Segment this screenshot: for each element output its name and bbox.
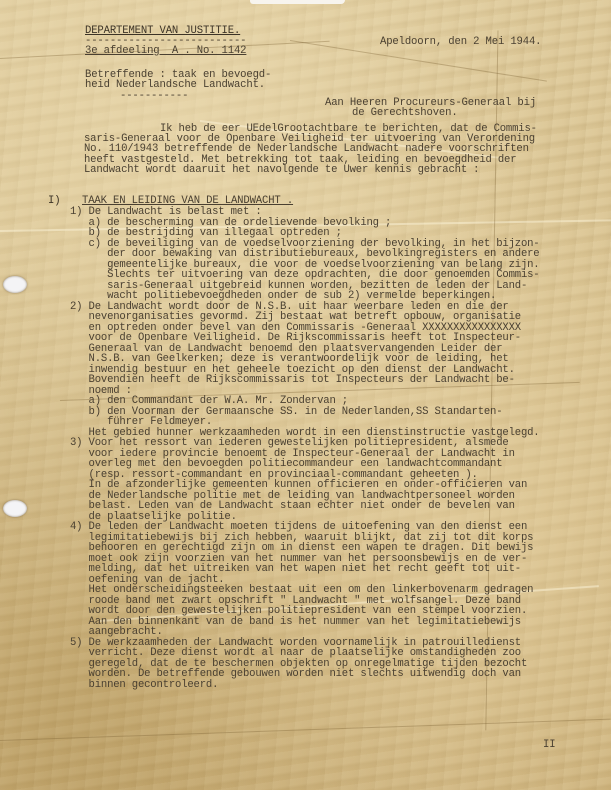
punch-hole-top (3, 276, 27, 293)
intro-line: Landwacht wordt daaruit het navolgende t… (84, 165, 479, 176)
crease (0, 719, 611, 741)
division-reference: 3e afdeeling A . No. 1142 (85, 46, 246, 57)
body-line: binnen gecontroleerd. (70, 680, 218, 691)
page-marker: II (543, 740, 555, 751)
section-number: I) (48, 196, 60, 207)
torn-edge (250, 0, 345, 4)
punch-hole-bottom (3, 500, 27, 517)
body-line: Bovendien heeft de Rijkscommissaris tot … (70, 375, 515, 386)
addressee-line-2: de Gerechtshoven. (352, 108, 458, 119)
place-date: Apeldoorn, den 2 Mei 1944. (380, 37, 541, 48)
subject-rule: ----------- (120, 91, 188, 102)
typewritten-letter-page: DEPARTEMENT VAN JUSTITIE. --------------… (0, 0, 611, 790)
